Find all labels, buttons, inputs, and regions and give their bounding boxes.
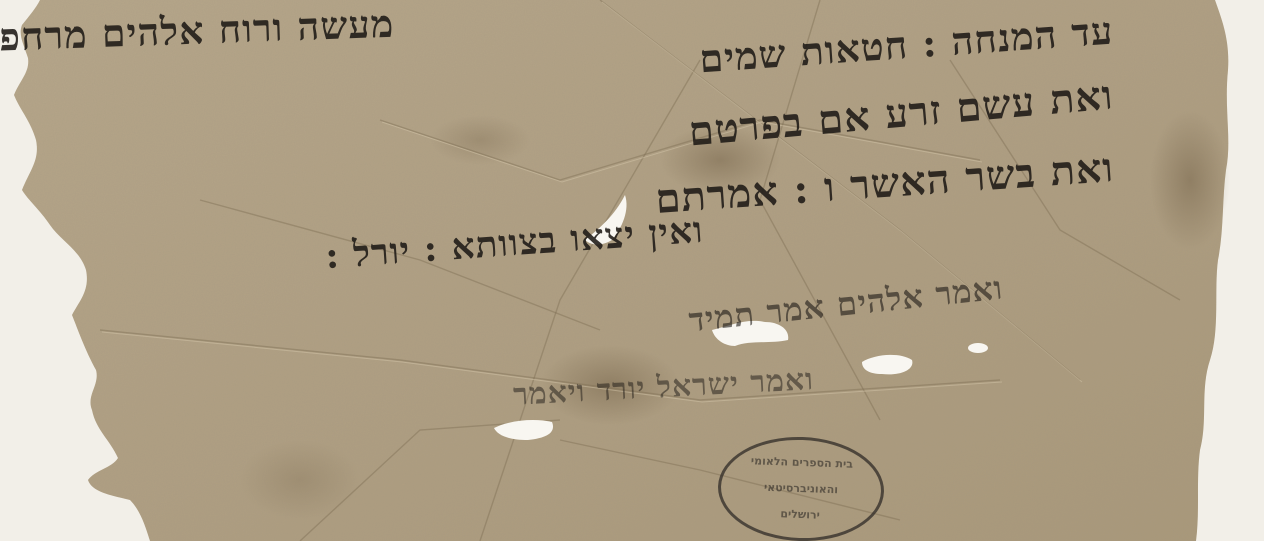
stamp-line-3: ירושלים [720,505,880,524]
stamp-line-1: בית הספרים הלאומי [722,453,882,472]
manuscript-photo: מעשה ורוח אלהים מרחפת עד המנחה : חטאות ש… [0,0,1264,541]
stamp-line-2: והאוניברסיטאי [721,479,881,498]
